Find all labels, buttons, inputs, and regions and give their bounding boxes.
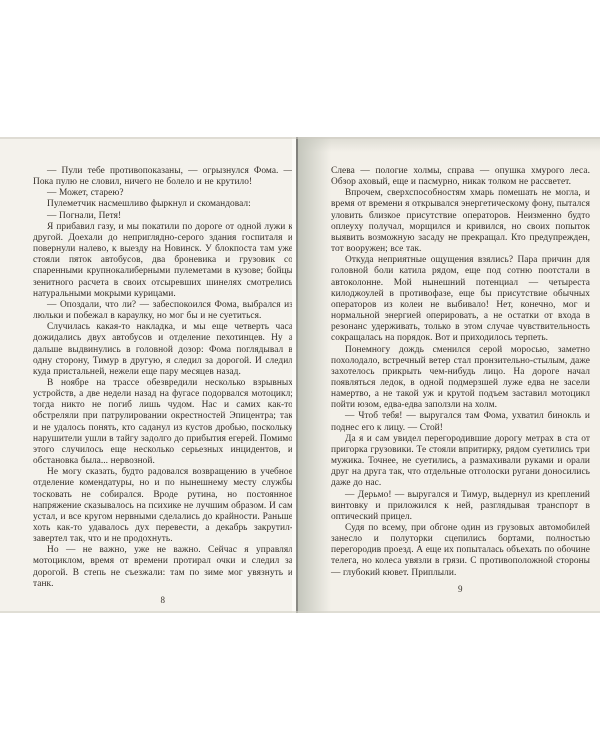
paragraph: — Чтоб тебя! — выругался там Фома, ухват… xyxy=(331,411,590,433)
right-page-number: 9 xyxy=(331,584,590,595)
paragraph: Откуда неприятные ощущения взялись? Пара… xyxy=(331,255,590,344)
paragraph: Судя по всему, при обгоне один из грузов… xyxy=(331,523,590,579)
right-page: Слева — пологие холмы, справа — опушка х… xyxy=(298,137,600,613)
book-spread: — Пули тебе противопоказаны, — огрызнулс… xyxy=(0,137,600,613)
paragraph: Не могу сказать, будто радовался возвращ… xyxy=(33,467,293,545)
paragraph: Впрочем, сверхспособностям хмарь помешат… xyxy=(331,188,590,255)
book-scan-photo: — Пули тебе противопоказаны, — огрызнулс… xyxy=(0,0,600,750)
paragraph: — Может, старею? xyxy=(33,188,293,199)
page-edge-line xyxy=(296,137,298,613)
paragraph: Но — не важно, уже не важно. Сейчас я уп… xyxy=(33,545,293,590)
paragraph: Случилась какая-то накладка, и мы еще че… xyxy=(33,322,293,378)
right-page-paragraphs: Слева — пологие холмы, справа — опушка х… xyxy=(331,166,590,579)
left-page: — Пули тебе противопоказаны, — огрызнулс… xyxy=(0,137,296,613)
paragraph: Да я и сам увидел перегородившие дорогу … xyxy=(331,434,590,490)
right-page-text: Слева — пологие холмы, справа — опушка х… xyxy=(331,166,590,595)
gutter-shadow xyxy=(298,137,331,613)
paragraph: — Пули тебе противопоказаны, — огрызнулс… xyxy=(33,166,293,188)
scan-top-edge xyxy=(0,137,600,139)
paragraph: Понемногу дождь сменился серой моросью, … xyxy=(331,345,590,412)
paragraph: — Погнали, Петя! xyxy=(33,211,293,222)
paragraph: — Дерьмо! — выругался и Тимур, выдернул … xyxy=(331,490,590,523)
paragraph: Я прибавил газу, и мы покатили по дороге… xyxy=(33,222,293,300)
left-page-number: 8 xyxy=(33,595,293,606)
scan-bottom-edge xyxy=(0,611,600,613)
paragraph: Пулеметчик насмешливо фыркнул и скомандо… xyxy=(33,199,293,210)
page-top-shadow xyxy=(298,137,600,152)
paragraph: — Опоздали, что ли? — забеспокоился Фома… xyxy=(33,300,293,322)
paragraph: В ноябре на трассе обезвредили несколько… xyxy=(33,378,293,467)
paragraph: Слева — пологие холмы, справа — опушка х… xyxy=(331,166,590,188)
left-page-paragraphs: — Пули тебе противопоказаны, — огрызнулс… xyxy=(33,166,293,590)
left-page-text: — Пули тебе противопоказаны, — огрызнулс… xyxy=(33,166,293,606)
